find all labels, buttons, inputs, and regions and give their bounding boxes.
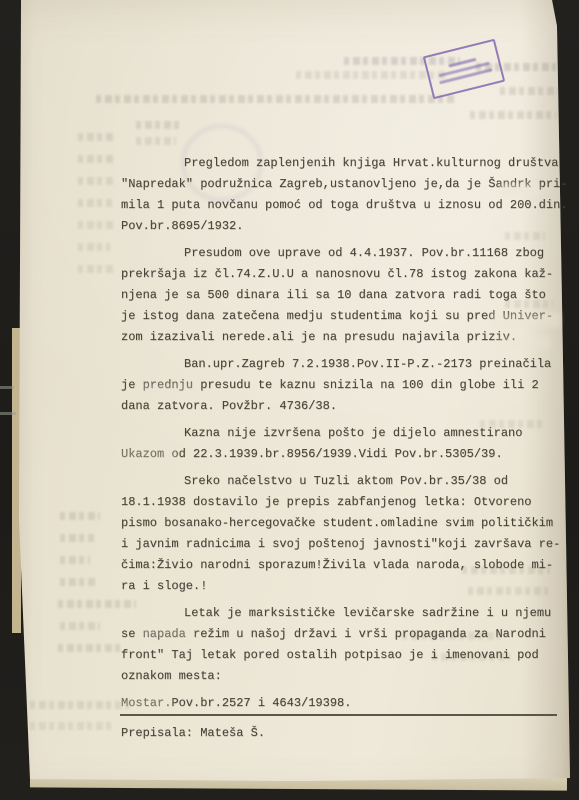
paragraph: Letak je marksističke levičarske sadržin… — [121, 603, 563, 687]
document-line: front" Taj letak pored ostalih potpisao … — [121, 645, 563, 666]
scanned-document-page: - 2 - Dan godina broj U h i ć e n S u d … — [0, 0, 579, 800]
document-line: 18.1.1938 dostavilo je prepis zabfanjeno… — [121, 492, 563, 513]
document-line: zom izazivali nerede.ali je na presudu n… — [121, 327, 563, 348]
paragraph: Sreko načelstvo u Tuzli aktom Pov.br.35/… — [121, 471, 563, 597]
paragraph: Presudom ove uprave od 4.4.1937. Pov.br.… — [121, 243, 563, 348]
bleedthrough-smudge — [58, 644, 124, 652]
bleedthrough-smudge — [78, 155, 114, 163]
horizontal-divider-line — [120, 714, 557, 716]
document-reference-line: Mostar.Pov.br.2527 i 4643/19398. — [121, 693, 563, 714]
bleedthrough-smudge — [78, 265, 114, 273]
paragraph: Kazna nije izvršena pošto je dijelo amne… — [121, 423, 563, 465]
document-line: dana zatvora. Povžbr. 4736/38. — [121, 396, 563, 417]
bleedthrough-smudge — [60, 556, 90, 564]
bleedthrough-smudge — [78, 177, 116, 185]
document-line: Pregledom zaplenjenih knjiga Hrvat.kultu… — [121, 153, 563, 174]
document-line: i javnim radnicima i svoj poštenoj javno… — [121, 534, 563, 555]
document-line: Kazna nije izvršena pošto je dijelo amne… — [121, 423, 563, 444]
bleedthrough-smudge — [96, 95, 456, 103]
document-line: njena je sa 500 dinara ili sa 10 dana za… — [121, 285, 563, 306]
bleedthrough-smudge — [78, 243, 110, 251]
document-line: mila 1 puta novčanu pomoć od toga društv… — [121, 195, 563, 216]
bleedthrough-smudge — [296, 71, 446, 79]
document-line: oznakom mesta: — [121, 666, 563, 687]
bleedthrough-smudge — [60, 622, 100, 630]
faded-ink-patch — [490, 313, 560, 327]
document-line: pismo bosanako-hercegovačke student.omla… — [121, 513, 563, 534]
document-line: "Napredak" podružnica Zagreb,ustanovljen… — [121, 174, 563, 195]
document-line: Sreko načelstvo u Tuzli aktom Pov.br.35/… — [121, 471, 563, 492]
bleedthrough-smudge — [500, 87, 558, 95]
bleedthrough-smudge — [78, 133, 116, 141]
faded-ink-patch — [138, 382, 198, 394]
stamp-text-line — [439, 68, 492, 84]
document-line: ra i sloge.! — [121, 576, 563, 597]
document-line: Ban.upr.Zagreb 7.2.1938.Pov.II-P.Z.-2173… — [121, 354, 563, 375]
paragraph: Mostar.Pov.br.2527 i 4643/19398. — [121, 693, 563, 714]
document-line: čima:Živio narodni sporazum!Živila vlada… — [121, 555, 563, 576]
bleedthrough-smudge — [136, 121, 182, 129]
faded-ink-patch — [500, 183, 540, 197]
scan-edge-mark — [0, 386, 14, 389]
faded-ink-patch — [498, 336, 550, 349]
document-line: Presudom ove uprave od 4.4.1937. Pov.br.… — [121, 243, 563, 264]
document-line: prekršaja iz čl.74.Z.U.U a nanosnovu čl.… — [121, 264, 563, 285]
scan-edge-mark — [0, 412, 16, 415]
bleedthrough-smudge — [60, 534, 94, 542]
bleedthrough-smudge — [78, 221, 116, 229]
faded-ink-patch — [140, 626, 194, 638]
transcriber-signature: Prepisala: Mateša Š. — [121, 726, 265, 740]
bleedthrough-smudge — [60, 578, 96, 586]
faded-ink-patch — [118, 697, 172, 709]
document-line: Letak je marksističke levičarske sadržin… — [121, 603, 563, 624]
paragraph: Pregledom zaplenjenih knjiga Hrvat.kultu… — [121, 153, 563, 237]
faded-ink-patch — [118, 448, 178, 460]
bleedthrough-smudge — [78, 199, 112, 207]
bleedthrough-smudge — [30, 722, 114, 730]
document-line: Pov.br.8695/1932. — [121, 216, 563, 237]
document-line: Ukazom od 22.3.1939.br.8956/1939.Vidi Po… — [121, 444, 563, 465]
bleedthrough-smudge — [136, 137, 176, 145]
bleedthrough-smudge — [30, 701, 130, 709]
bleedthrough-smudge — [470, 111, 556, 119]
bleedthrough-smudge — [60, 512, 100, 520]
